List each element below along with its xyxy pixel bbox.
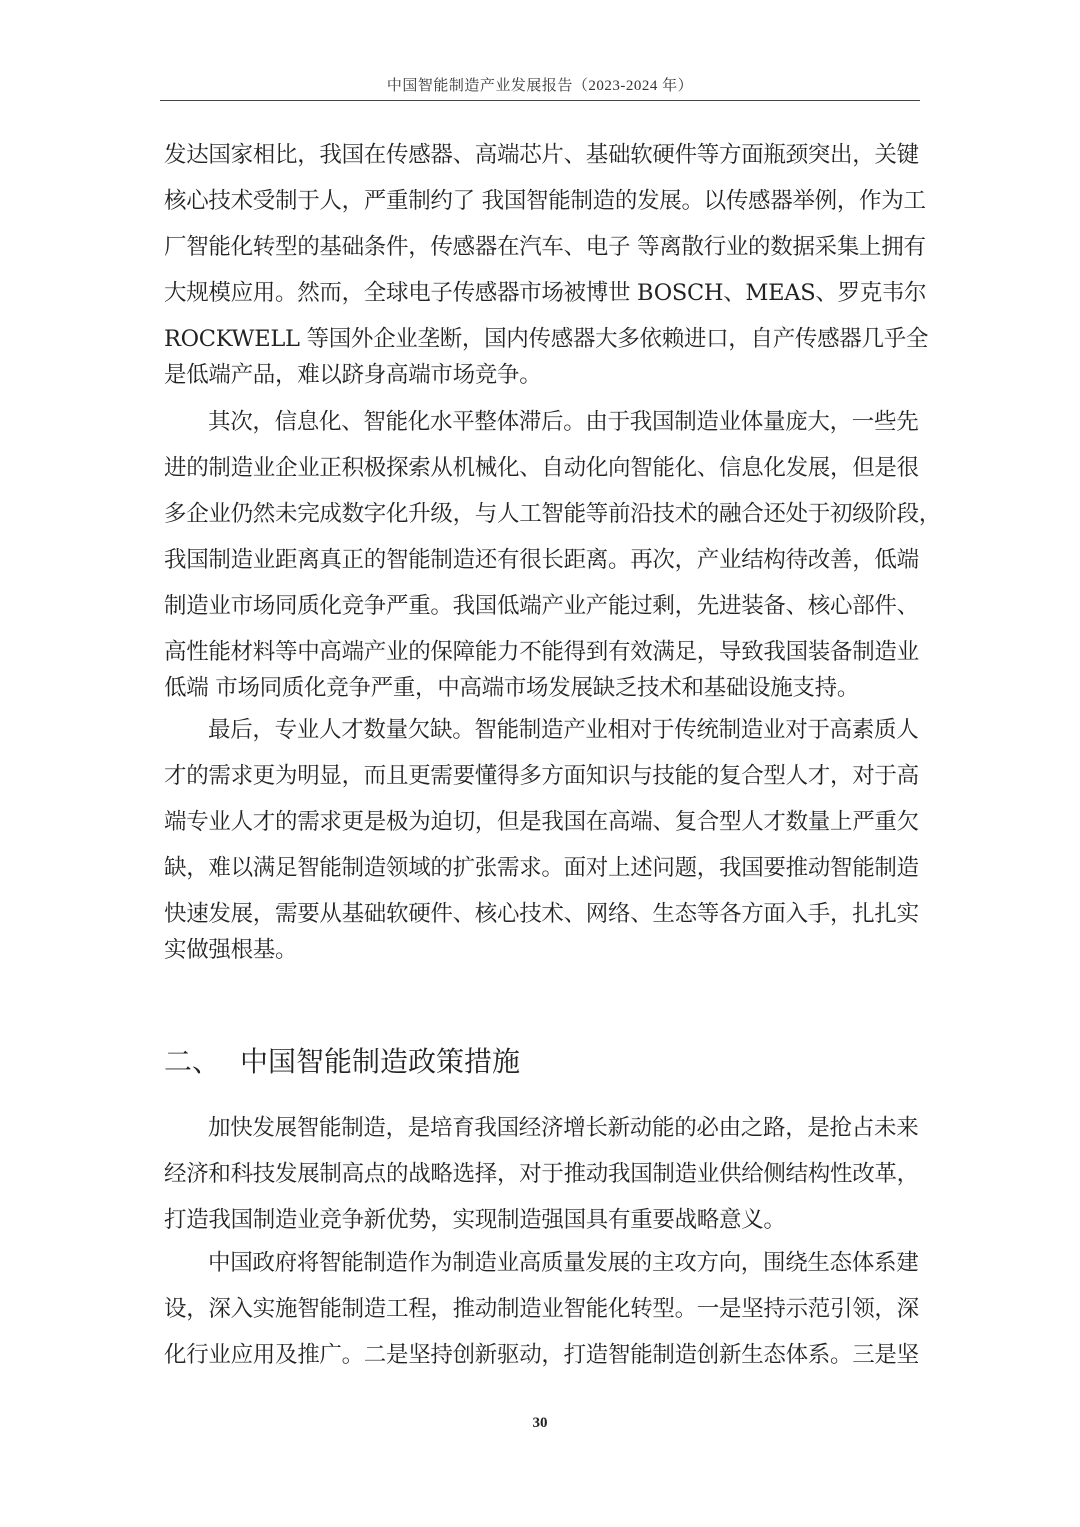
text-line: ROCKWELL 等国外企业垄断，国内传感器大多依赖进口，自产传感器几乎全 [164,324,904,354]
header-divider [160,100,920,101]
text-line: 快速发展，需要从基础软硬件、核心技术、网络、生态等各方面入手，扎扎实 [164,899,904,929]
text-line: 经济和科技发展制高点的战略选择，对于推动我国制造业供给侧结构性改革， [164,1159,904,1189]
text-line: 缺，难以满足智能制造领域的扩张需求。面对上述问题，我国要推动智能制造 [164,853,904,883]
text-line: 高性能材料等中高端产业的保障能力不能得到有效满足，导致我国装备制造业 [164,637,904,667]
section-title: 中国智能制造政策措施 [240,1045,520,1078]
section-number: 二、 [164,1045,220,1078]
text-line: 端专业人才的需求更是极为迫切，但是我国在高端、复合型人才数量上严重欠 [164,807,904,837]
text-line: 大规模应用。然而，全球电子传感器市场被博世 BOSCH、MEAS、罗克韦尔 [164,278,904,308]
text-line: 核心技术受制于人，严重制约了 我国智能制造的发展。以传感器举例，作为工 [164,186,904,216]
text-line: 最后，专业人才数量欠缺。智能制造产业相对于传统制造业对于高素质人 [208,715,904,745]
text-line: 厂智能化转型的基础条件，传感器在汽车、电子 等离散行业的数据采集上拥有 [164,232,904,262]
document-page: 中国智能制造产业发展报告（2023-2024 年） 发达国家相比，我国在传感器、… [0,0,1080,1527]
text-line: 发达国家相比，我国在传感器、高端芯片、基础软硬件等方面瓶颈突出，关键 [164,140,904,170]
text-line: 中国政府将智能制造作为制造业高质量发展的主攻方向，围绕生态体系建 [208,1248,904,1278]
text-line: 进的制造业企业正积极探索从机械化、自动化向智能化、信息化发展，但是很 [164,453,904,483]
text-line: 我国制造业距离真正的智能制造还有很长距离。再次，产业结构待改善，低端 [164,545,904,575]
text-line: 低端 市场同质化竞争严重，中高端市场发展缺乏技术和基础设施支持。 [164,673,904,703]
running-header: 中国智能制造产业发展报告（2023-2024 年） [160,74,920,95]
text-line: 打造我国制造业竞争新优势，实现制造强国具有重要战略意义。 [164,1205,904,1235]
text-line: 其次，信息化、智能化水平整体滞后。由于我国制造业体量庞大，一些先 [208,407,904,437]
text-line: 化行业应用及推广。二是坚持创新驱动，打造智能制造创新生态体系。三是坚 [164,1340,904,1370]
text-line: 设，深入实施智能制造工程，推动制造业智能化转型。一是坚持示范引领，深 [164,1294,904,1324]
text-line: 才的需求更为明显，而且更需要懂得多方面知识与技能的复合型人才，对于高 [164,761,904,791]
section-heading: 二、中国智能制造政策措施 [164,1044,520,1080]
page-number: 30 [0,1415,1080,1432]
text-line: 是低端产品，难以跻身高端市场竞争。 [164,360,904,390]
text-line: 多企业仍然未完成数字化升级，与人工智能等前沿技术的融合还处于初级阶段， [164,499,904,529]
text-line: 实做强根基。 [164,935,904,965]
text-line: 制造业市场同质化竞争严重。我国低端产业产能过剩，先进装备、核心部件、 [164,591,904,621]
text-line: 加快发展智能制造，是培育我国经济增长新动能的必由之路，是抢占未来 [208,1113,904,1143]
